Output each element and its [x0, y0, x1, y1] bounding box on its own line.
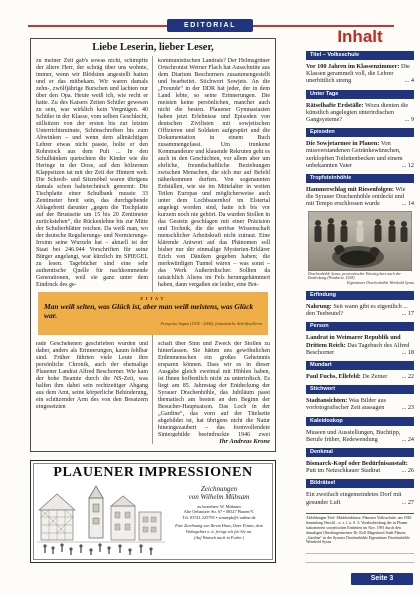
toc-section-erfindung: Erfindung — [306, 291, 414, 300]
toc-entry-text: Putt im Netzschkauer Stadtrat — [306, 467, 380, 474]
photo-caption: Drachenhöhle Syrau, provisorischer Einst… — [308, 272, 414, 282]
toc-entry-text: De Zeiner — [362, 373, 387, 380]
ad-box: PLAUENER IMPRESSIONEN — [30, 460, 276, 563]
toc-entry-page: ... 27 — [399, 499, 414, 506]
toc-entry-landrat: Landrat in Weimarer Republik und Drittem… — [306, 334, 414, 356]
toc-entry-page: ... 9 — [402, 116, 414, 123]
ad-subtitle-line1: Zeichnungen — [169, 485, 269, 493]
toc-section-titel-volksschule: Titel – Volksschule — [306, 51, 414, 60]
ad-offer-text: Eine Zeichnung von Ihrem Haus, Ihrer Fir… — [169, 523, 269, 534]
quote-attribution: Françoise Sagan (1935 - 2004), französis… — [44, 321, 262, 326]
toc-entry-hammerschlag: Hammerschlag mit Riesenfolgen: Wie die S… — [306, 186, 414, 208]
toc-entry-klassenzimmer: Vor 100 Jahren im Klassenzimmer: Die Kla… — [306, 63, 414, 85]
toc-section-bildraetsel: Bildrätsel — [306, 479, 414, 488]
ad-info: Zeichnungen von Wilhelm Mühsam zu bezieh… — [169, 485, 269, 540]
toc-entry-stadtansichten: Stadtansichten: Was Bilder aus vorfotogr… — [306, 397, 414, 411]
drachenhoehle-historic-photo — [308, 211, 412, 271]
quote-text: Man weiß selten, was Glück ist, aber man… — [44, 303, 262, 320]
town-sketch-drawing — [37, 484, 165, 556]
quote-label: ZITAT — [44, 296, 262, 301]
toc-entry-page: ... 14 — [399, 200, 414, 207]
toc-entry-kaleidoskop: Museen und Ausstellungen, Buchtipp, Beru… — [306, 429, 414, 443]
toc-section-denkmal: Denkmal — [306, 448, 414, 457]
toc-entry-lead: Rätselhafte Erdställe: — [306, 102, 364, 109]
toc-entry-page: ... 26 — [399, 467, 414, 474]
toc-section-person: Person — [306, 322, 414, 331]
image-credits: Abbildungen Titel: Mädchenklasse, Plauen… — [306, 513, 414, 545]
toc-section-tropfsteinhoehle: Tropfsteinhöhle — [306, 174, 414, 183]
editorial-col1-top: zu meiner Zeit gab's sowas nicht, schimp… — [36, 58, 148, 291]
page-number-badge: Seite 3 — [351, 573, 413, 585]
editorial-col2-bottom-text: schaft über Sinn und Zweck der Stollen z… — [158, 341, 270, 437]
divider-line — [306, 562, 414, 563]
toc-entry-erdstaelle: Rätselhafte Erdställe: Wozu dienten die … — [306, 102, 414, 124]
toc-entry-lead: Stadtansichten: — [306, 397, 347, 404]
toc-entry-lead: Bismarck-Kopf oder Bedürfnisanstalt: — [306, 460, 408, 467]
toc-title: Inhalt — [306, 28, 414, 46]
toc-entry-lead: Paul Fuchs, Ellefeld: — [306, 373, 361, 380]
editorial-tag: EDITORIAL — [167, 19, 253, 32]
toc-entry-lead: Vor 100 Jahren im Klassenzimmer: — [306, 63, 399, 70]
editorial-signature: Ihr Andreas Krone — [158, 437, 270, 445]
table-of-contents: Inhalt Titel – Volksschule Vor 100 Jahre… — [306, 28, 414, 563]
toc-entry-page: ... 24 — [399, 436, 414, 443]
toc-section-mundart: Mundart — [306, 361, 414, 370]
toc-entry-page: ... 22 — [399, 373, 414, 380]
ad-title: PLAUENER IMPRESSIONEN — [31, 465, 275, 481]
toc-entry-bismarck: Bismarck-Kopf oder Bedürfnisanstalt: Put… — [306, 460, 414, 474]
editorial-frame: Liebe Leserin, lieber Leser, zu meiner Z… — [30, 38, 276, 452]
toc-entry-page: ... 17 — [399, 310, 414, 317]
toc-entry-sowjetarmee: Die Sowjetarmee in Plauen: Von missverst… — [306, 140, 414, 169]
toc-entry-lead: Hammerschlag mit Riesenfolgen: — [306, 186, 394, 193]
ad-contact-phone-email: Tel. 03741 225795 • wmuepk@t-online.de — [169, 515, 269, 520]
toc-entry-page: ... 18 — [399, 349, 414, 356]
toc-entry-mundart: Paul Fuchs, Ellefeld: De Zeiner ... 22 — [306, 373, 414, 380]
toc-entry-lead: Nahrung: — [306, 303, 332, 310]
toc-entry-text: Ein zweifach eingemeindetes Dorf mit ges… — [306, 491, 402, 505]
toc-entry-lead: Die Sowjetarmee in Plauen: — [306, 140, 379, 147]
toc-entry-page: ... 23 — [399, 404, 414, 411]
toc-entry-teebeutel: Nahrung: Seit wann gibt es eigentlich ..… — [306, 303, 414, 317]
column-rule — [152, 56, 153, 444]
editorial-title: Liebe Leserin, lieber Leser, — [31, 42, 275, 53]
toc-section-episoden: Episoden — [306, 128, 414, 137]
photo-caption-credit: Eigentümer Drachenhöhle Weinhold Syrau — [308, 281, 414, 286]
quote-box: ZITAT Man weiß selten, was Glück ist, ab… — [38, 292, 268, 335]
toc-entry-page: ... 4 — [402, 77, 414, 84]
toc-section-stichwort: Stichwort — [306, 385, 414, 394]
editorial-col2-bottom: schaft über Sinn und Zweck der Stollen z… — [158, 341, 270, 445]
ad-offer-note: (Auf Wunsch auch in Farbe.) — [169, 535, 269, 540]
toc-section-kaleidoskop: Kaleidoskop — [306, 417, 414, 426]
divider-line — [306, 553, 414, 554]
toc-section-unter-tage: Unter Tage — [306, 90, 414, 99]
toc-entry-bildraetsel: Ein zweifach eingemeindetes Dorf mit ges… — [306, 491, 414, 505]
editorial-col1-bottom: rade Geschehenen geschrieben wurden und … — [36, 341, 148, 445]
ad-subtitle-line2: von Wilhelm Mühsam — [169, 493, 269, 501]
toc-entry-text: Museen und Ausstellungen, Buchtipp, Beru… — [306, 429, 400, 443]
editorial-col2-top: kommunistischen Landrats? Der Helmsgrüne… — [158, 58, 270, 291]
magazine-page: EDITORIAL Liebe Leserin, lieber Leser, z… — [0, 0, 420, 594]
toc-entry-page: ... 12 — [399, 162, 414, 169]
